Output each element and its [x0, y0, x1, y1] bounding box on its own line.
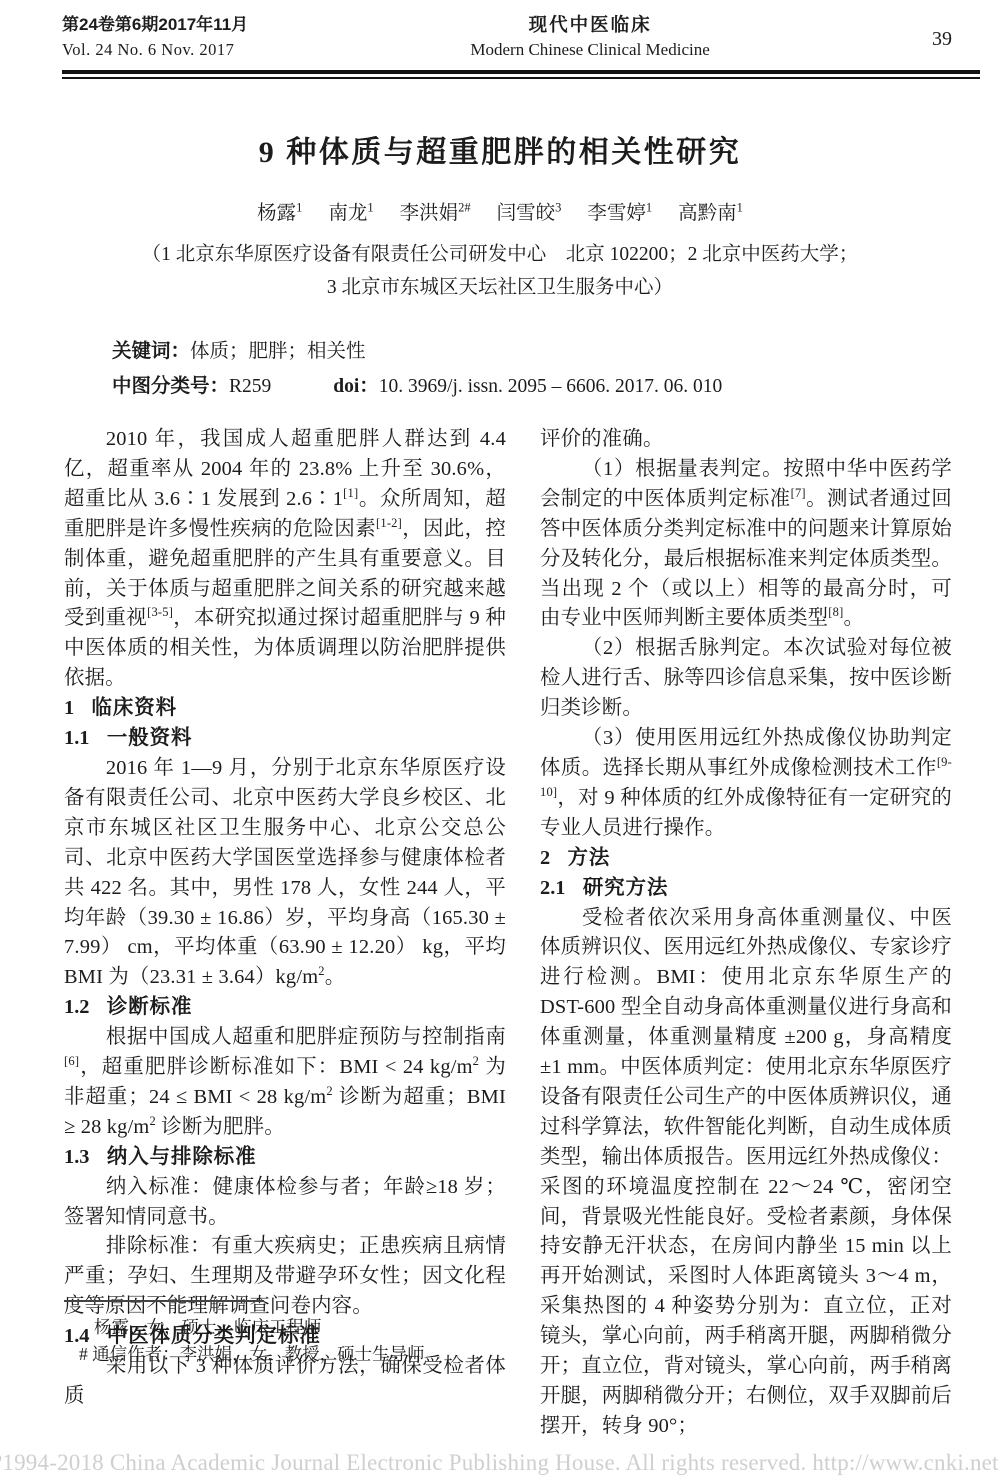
paragraph: 受检者依次采用身高体重测量仪、中医体质辨识仪、医用远红外热成像仪、专家诊疗进行检… — [540, 904, 952, 1442]
clc-value: R259 — [229, 376, 271, 397]
reference-superscript: 2 — [326, 1084, 332, 1098]
doi-group: doi：10. 3969/j. issn. 2095 – 6606. 2017.… — [333, 376, 722, 397]
author: 李洪娟2# — [400, 203, 471, 224]
heading-text: 诊断标准 — [107, 996, 193, 1018]
header-divider — [62, 70, 980, 79]
paragraph: （1）根据量表判定。按照中华中医药学会制定的中医体质判定标准[7]。测试者通过回… — [540, 455, 952, 634]
heading-number: 1.1 — [64, 727, 90, 749]
affiliations: （1 北京东华原医疗设备有限责任公司研发中心 北京 102200；2 北京中医药… — [0, 238, 1000, 304]
header-rule-thin — [62, 77, 980, 79]
author: 杨露1 — [257, 203, 302, 224]
journal-name-en: Modern Chinese Clinical Medicine — [470, 37, 709, 62]
reference-superscript: [8] — [828, 606, 843, 620]
author-affil-superscript: 1 — [646, 201, 652, 215]
affiliation-line: （1 北京东华原医疗设备有限责任公司研发中心 北京 102200；2 北京中医药… — [0, 238, 1000, 271]
paragraph: 纳入标准：健康体检参与者；年龄≥18 岁；签署知情同意书。 — [64, 1173, 506, 1233]
section-heading: 1临床资料 — [64, 694, 506, 724]
author: 南龙1 — [328, 203, 373, 224]
journal-name-cn: 现代中医临床 — [470, 12, 709, 37]
heading-number: 1 — [64, 697, 74, 719]
paper-page: 第24卷第6期2017年11月 Vol. 24 No. 6 Nov. 2017 … — [0, 0, 1000, 1484]
section-heading: 1.3纳入与排除标准 — [64, 1143, 506, 1173]
clc-label: 中图分类号： — [112, 375, 229, 397]
right-column: 评价的准确。（1）根据量表判定。按照中华中医药学会制定的中医体质判定标准[7]。… — [540, 425, 952, 1442]
reference-superscript: 2 — [318, 965, 324, 979]
author-affil-superscript: 1 — [737, 201, 743, 215]
header-rule-thick — [62, 70, 980, 74]
footnote-rule — [64, 1300, 264, 1302]
footnote-line: # 通信作者：李洪娟，女，教授，硕士生导师 — [64, 1341, 504, 1368]
heading-text: 临床资料 — [92, 697, 178, 719]
article-body: 2010 年，我国成人超重肥胖人群达到 4.4 亿，超重率从 2004 年的 2… — [64, 425, 952, 1442]
paragraph: 2010 年，我国成人超重肥胖人群达到 4.4 亿，超重率从 2004 年的 2… — [64, 425, 506, 694]
doi-label: doi： — [333, 376, 379, 397]
cnki-watermark: ?1994-2018 China Academic Journal Electr… — [0, 1450, 999, 1476]
paragraph: 2016 年 1—9 月，分别于北京东华原医疗设备有限责任公司、北京中医药大学良… — [64, 754, 506, 993]
heading-text: 一般资料 — [107, 727, 193, 749]
section-heading: 2.1研究方法 — [540, 874, 952, 904]
journal-name: 现代中医临床 Modern Chinese Clinical Medicine — [470, 12, 709, 62]
paragraph: 评价的准确。 — [540, 425, 952, 455]
section-heading: 2方法 — [540, 844, 952, 874]
reference-superscript: [6] — [64, 1054, 79, 1068]
author-affil-superscript: 1 — [367, 201, 373, 215]
heading-number: 1.2 — [64, 996, 90, 1018]
reference-superscript: [9-10] — [540, 755, 952, 799]
author: 高黔南1 — [678, 203, 743, 224]
author-footnote: 杨露，女，硕士，临床工程师 # 通信作者：李洪娟，女，教授，硕士生导师 — [64, 1300, 504, 1368]
keywords-label: 关键词： — [112, 340, 190, 362]
affiliation-line: 3 北京市东城区天坛社区卫生服务中心） — [0, 271, 1000, 304]
author-affil-superscript: 2# — [458, 201, 471, 215]
section-heading: 1.2诊断标准 — [64, 993, 506, 1023]
author-list: 杨露1南龙1李洪娟2#闫雪皎3李雪婷1高黔南1 — [0, 197, 1000, 225]
left-column: 2010 年，我国成人超重肥胖人群达到 4.4 亿，超重率从 2004 年的 2… — [64, 425, 506, 1442]
heading-number: 2 — [540, 847, 550, 869]
issue-info-cn: 第24卷第6期2017年11月 — [62, 12, 248, 37]
author-affil-superscript: 1 — [296, 201, 302, 215]
reference-superscript: 2 — [473, 1054, 479, 1068]
article-meta: 关键词：体质；肥胖；相关性 中图分类号：R259doi：10. 3969/j. … — [112, 334, 940, 404]
article-title: 9 种体质与超重肥胖的相关性研究 — [0, 127, 1000, 171]
author: 李雪婷1 — [587, 203, 652, 224]
reference-superscript: [1] — [343, 486, 358, 500]
author-affil-superscript: 3 — [555, 201, 561, 215]
heading-text: 研究方法 — [583, 877, 669, 899]
heading-number: 1.3 — [64, 1146, 90, 1168]
doi-value: 10. 3969/j. issn. 2095 – 6606. 2017. 06.… — [379, 376, 722, 397]
issue-info-en: Vol. 24 No. 6 Nov. 2017 — [62, 37, 248, 62]
clc-doi-line: 中图分类号：R259doi：10. 3969/j. issn. 2095 – 6… — [112, 369, 940, 404]
issue-info: 第24卷第6期2017年11月 Vol. 24 No. 6 Nov. 2017 — [62, 12, 248, 62]
heading-text: 纳入与排除标准 — [107, 1146, 257, 1168]
heading-number: 2.1 — [540, 877, 566, 899]
reference-superscript: [3-5] — [147, 606, 173, 620]
paragraph: （3）使用医用远红外热成像仪协助判定体质。选择长期从事红外成像检测技术工作[9-… — [540, 724, 952, 844]
paragraph: 根据中国成人超重和肥胖症预防与控制指南[6]，超重肥胖诊断标准如下：BMI < … — [64, 1023, 506, 1143]
section-heading: 1.1一般资料 — [64, 724, 506, 754]
paragraph: （2）根据舌脉判定。本次试验对每位被检人进行舌、脉等四诊信息采集，按中医诊断归类… — [540, 634, 952, 724]
footnote-line: 杨露，女，硕士，临床工程师 — [64, 1314, 504, 1341]
keywords-line: 关键词：体质；肥胖；相关性 — [112, 334, 940, 369]
heading-text: 方法 — [568, 847, 611, 869]
keywords-value: 体质；肥胖；相关性 — [190, 341, 366, 362]
journal-header: 第24卷第6期2017年11月 Vol. 24 No. 6 Nov. 2017 … — [0, 0, 1000, 62]
reference-superscript: [7] — [791, 486, 806, 500]
reference-superscript: 2 — [150, 1114, 156, 1128]
page-number: 39 — [932, 12, 952, 51]
author: 闫雪皎3 — [497, 203, 562, 224]
reference-superscript: [1-2] — [376, 516, 402, 530]
